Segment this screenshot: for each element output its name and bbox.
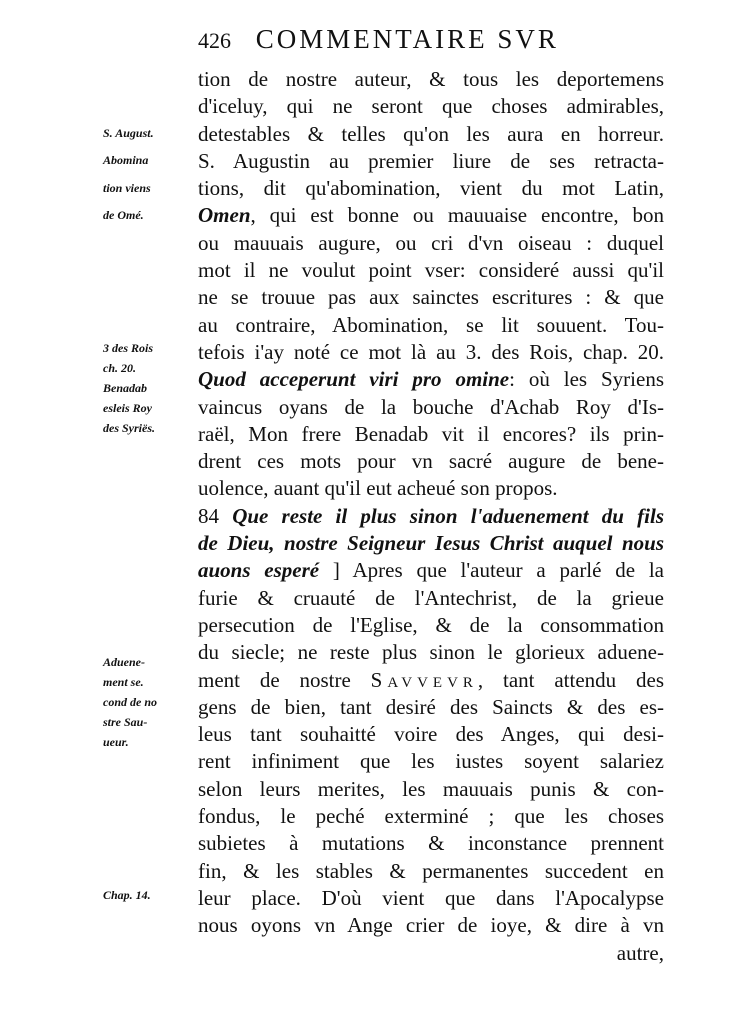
lemma-text: Que reste il plus sinon l'aduenement du … [232,504,664,528]
text-line: selon leurs merites, les mauuais punis &… [198,776,664,803]
text-line: rent infiniment que les iustes soyent sa… [198,748,664,775]
latin-quote: Quod acceperunt viri pro omine [198,367,509,391]
text-line: subietes à mutations & inconstance prenn… [198,830,664,857]
text-span: : où les Syriens [509,367,664,391]
margin-note-line: cond de no [103,692,195,712]
text-line: mot il ne voulut point vser: consideré a… [198,257,664,284]
text-line: tion de nostre auteur, & tous les deport… [198,66,664,93]
verse-number: 84 [198,504,232,528]
text-line: ou mauuais augure, ou cri d'vn oiseau : … [198,230,664,257]
text-line: au contraire, Abomination, se lit souuen… [198,312,664,339]
text-line: ment de nostre Savvevr, tant attendu des [198,667,664,694]
margin-note-line: Chap. 14. [103,882,195,909]
page-header: 426 COMMENTAIRE SVR [198,24,658,60]
margin-note-advent: Aduene- ment se. cond de no stre Sau- ue… [103,652,195,752]
text-line: fondus, le peché exterminé ; que les cho… [198,803,664,830]
margin-note-line: S. August. [103,120,195,147]
text-line: d'iceluy, qui ne seront que choses admir… [198,93,664,120]
book-page: 426 COMMENTAIRE SVR tion de nostre auteu… [0,0,739,1024]
margin-note-rois: 3 des Rois ch. 20. Benadab esleis Roy de… [103,338,195,438]
text-line: tions, dit qu'abomination, vient du mot … [198,175,664,202]
margin-note-line: tion viens [103,175,195,202]
text-line: uolence, auant qu'il eut acheué son prop… [198,475,664,502]
lemma-text: de Dieu, nostre Seigneur Iesus Christ au… [198,531,664,555]
text-span: ] Apres que l'auteur a parlé de la [319,558,664,582]
text-line: tefois i'ay noté ce mot là au 3. des Roi… [198,339,664,366]
text-line: fin, & les stables & permanentes succede… [198,858,664,885]
text-line: leus tant souhaitté voire des Anges, qui… [198,721,664,748]
text-span: , qui est bonne ou mauuaise encontre, bo… [251,203,665,227]
text-line: leur place. D'où vient que dans l'Apocal… [198,885,664,912]
text-line: du siecle; ne reste plus sinon le glorie… [198,639,664,666]
margin-note-line: stre Sau- [103,712,195,732]
margin-note-line: de Omé. [103,202,195,229]
margin-note-line: Aduene- [103,652,195,672]
lemma-text: auons esperé [198,558,319,582]
margin-note-line: ment se. [103,672,195,692]
text-line: de Dieu, nostre Seigneur Iesus Christ au… [198,530,664,557]
text-line: Quod acceperunt viri pro omine: où les S… [198,366,664,393]
text-line: detestables & telles qu'on les aura en h… [198,121,664,148]
margin-note-line: 3 des Rois [103,338,195,358]
text-line: raël, Mon frere Benadab vit il encores? … [198,421,664,448]
margin-note-line: des Syriës. [103,418,195,438]
text-line: ne se trouue pas aux sainctes escritures… [198,284,664,311]
text-line: Omen, qui est bonne ou mauuaise encontre… [198,202,664,229]
running-title: COMMENTAIRE SVR [256,24,559,54]
text-line: persecution de l'Eglise, & de la consomm… [198,612,664,639]
margin-note-line: Abomina [103,147,195,174]
margin-note-line: esleis Roy [103,398,195,418]
main-text-column: tion de nostre auteur, & tous les deport… [198,66,664,967]
text-line: nous oyons vn Ange crier de ioye, & dire… [198,912,664,939]
text-span: , tant attendu des [478,668,664,692]
margin-note-line: ueur. [103,732,195,752]
margin-note-line: ch. 20. [103,358,195,378]
margin-note-line: Benadab [103,378,195,398]
small-caps-word: Savvevr [371,668,478,692]
text-line: auons esperé ] Apres que l'auteur a parl… [198,557,664,584]
text-line: S. Augustin au premier liure de ses retr… [198,148,664,175]
text-line: 84 Que reste il plus sinon l'aduenement … [198,503,664,530]
text-line: drent ces mots pour vn sacré augure de b… [198,448,664,475]
text-line: furie & cruauté de l'Antechrist, de la g… [198,585,664,612]
catchword: autre, [198,940,664,967]
text-line: gens de bien, tant desiré des Saincts & … [198,694,664,721]
text-span: ment de nostre [198,668,371,692]
margin-note-augustine: S. August. Abomina tion viens de Omé. [103,120,195,229]
text-line: vaincus oyans de la bouche d'Achab Roy d… [198,394,664,421]
italic-word: Omen [198,203,251,227]
margin-note-chapter: Chap. 14. [103,882,195,909]
page-number: 426 [198,28,231,53]
